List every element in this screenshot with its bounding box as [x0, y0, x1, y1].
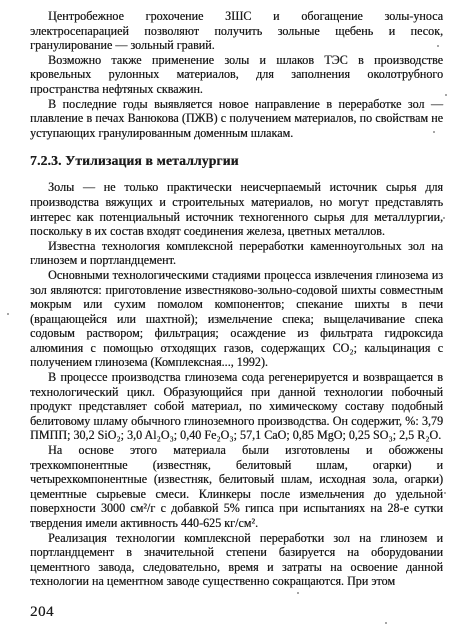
- paragraph-section-3: Основными технологическими стадиями проц…: [30, 268, 443, 370]
- paragraph-intro-2: Возможно также применение золы и шлаков …: [30, 53, 443, 97]
- paragraph-section-2: Известна технология комплексной перерабо…: [30, 239, 443, 268]
- paragraph-section-6: Реализация технологии комплексной перера…: [30, 531, 443, 589]
- paragraph-intro-1: Центробежное грохочение ЗШС и обогащение…: [30, 9, 443, 53]
- scanned-book-page: Центробежное грохочение ЗШС и обогащение…: [0, 0, 450, 638]
- page-number: 204: [30, 604, 443, 621]
- scan-speck: [297, 592, 299, 594]
- paragraph-intro-3: В последние годы выявляется новое направ…: [30, 97, 443, 141]
- scan-speck: [444, 492, 446, 494]
- scan-speck: [385, 622, 387, 624]
- paragraph-section-5: На основе этого материала были изготовле…: [30, 443, 443, 531]
- scan-speck: [433, 131, 435, 133]
- section-heading: 7.2.3. Утилизация в металлургии: [30, 153, 443, 169]
- paragraph-section-1: Золы — не только практически неисчерпаем…: [30, 180, 443, 238]
- paragraph-section-4: В процессе производства глинозема сода р…: [30, 370, 443, 443]
- scan-speck: [430, 553, 432, 555]
- scan-speck: [445, 94, 447, 96]
- scan-speck: [437, 45, 439, 47]
- scan-speck: [7, 313, 9, 315]
- scan-speck: [443, 217, 445, 219]
